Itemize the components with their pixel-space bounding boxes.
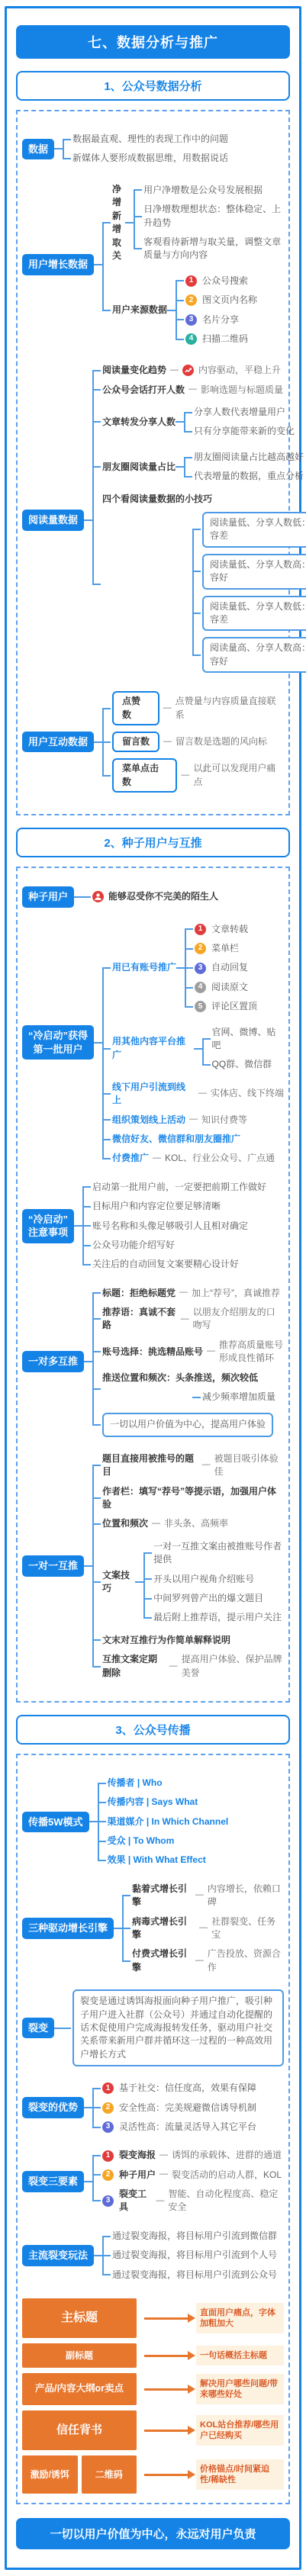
branch-head: 文末对互推行为作简单解释说明: [102, 1634, 230, 1647]
connector-line: [74, 1225, 82, 1227]
branch-desc: 实体店、线下终端: [211, 1087, 284, 1100]
branch-head: 客观看待新增与取关量，调整文章质量与方向内容: [143, 236, 284, 262]
connector-line: [125, 222, 134, 224]
branch-children: 能够忍受你不完美的陌生人: [82, 887, 218, 906]
dash-connector: —: [181, 1314, 189, 1326]
section-container: 种子用户能够忍受你不完美的陌生人“冷启动”获得 第一批用户用已有账号推广1文章转…: [16, 867, 290, 1703]
poster-left-cell: 二维码: [82, 2455, 137, 2494]
poster-left-group: 激励/诱饵二维码: [22, 2455, 137, 2494]
connector-line: [135, 1581, 143, 1583]
mindmap-tree: 用户互动数据点赞数—点赞量与内容质量直接联系留言数—留言数是选题的风向标菜单点击…: [22, 688, 284, 796]
branch-label: 基于社交：信任度高，效果有保障: [119, 2082, 256, 2095]
mindmap-branch: 账号选择：挑选精品账号—推荐高质量账号 形成良性循环: [102, 1339, 284, 1365]
mindmap-branch: 账号名称和头像足够吸引人且相对确定: [92, 1220, 266, 1233]
mindmap-branch: 黏着式增长引擎—内容增长，依赖口碑: [132, 1883, 284, 1909]
arrow-icon: [144, 2388, 188, 2391]
branch-label: 付费推广: [112, 1152, 149, 1165]
footer-banner: 一切以用户价值为中心，永远对用户负责: [16, 2518, 290, 2549]
mindmap-branch: 净增 新增 取关用户净增数是公众号发展根据日净增数理想状态：整体稳定、上升趋势客…: [112, 181, 284, 265]
topic-node: 种子用户: [22, 886, 74, 908]
poster-structure-table: 主标题直面用户痛点，字体加粗加大副标题一句话概括主标题产品/内容大纲or卖点解决…: [22, 2298, 284, 2494]
branch-child: 公众号功能介绍写好: [82, 1236, 266, 1255]
branch-children: 黏着式增长引擎—内容增长，依赖口碑病毒式增长引擎—社群裂变、任务宝付费式增长引擎…: [122, 1880, 284, 1977]
number-badge: 1: [102, 2150, 114, 2162]
poster-right-cell: KOL站台推荐/哪些用户已经购买: [196, 2415, 284, 2446]
topic-node: 传播5W模式: [22, 1812, 89, 1833]
branch-head: 受众 | To Whom: [108, 1835, 175, 1848]
branch-head: 四个看阅读量数据的小技巧: [102, 493, 212, 506]
dash-connector: —: [202, 1459, 211, 1471]
mindmap-branch: 2菜单栏: [195, 942, 257, 955]
dash-connector: —: [179, 1287, 188, 1299]
branch-child: 通过裂变海报，将目标用户引流到公众号: [102, 2266, 277, 2285]
mindmap-branch: 只有分享能带来新的变化: [194, 425, 295, 438]
poster-left-cell: 产品/内容大纲or卖点: [22, 2373, 137, 2405]
branch-desc: 留言数是选题的风向标: [176, 735, 267, 748]
mindmap-tree: “冷启动” 注意事项启动第一批用户前，一定要把前期工作做好目标用户和内容定位要足…: [22, 1178, 284, 1275]
branch-head: 用户净增数是公众号发展根据: [143, 184, 263, 197]
branch-head: 公众号会话打开人数—影响选题与标题质量: [102, 384, 283, 397]
mindmap-branch: 题目直接用被推号的题目—被题目吸引体验佳: [102, 1452, 284, 1479]
branch-head: 能够忍受你不完美的陌生人: [92, 890, 218, 903]
mindmap-branch: 能够忍受你不完美的陌生人: [92, 890, 218, 903]
branch-head: 朋友圈阅读量占比: [102, 461, 176, 474]
branch-label: 作者栏：填写“荐号”等提示语，加强用户体验: [102, 1485, 284, 1512]
branch-child: 1公众号搜索: [176, 272, 257, 291]
branch-child: 阅读量低、分享人数低：标题好，内容差: [192, 593, 306, 635]
branch-head: 1基于社交：信任度高，效果有保障: [102, 2082, 256, 2095]
branch-child: 代表增量的数据，重点分析: [184, 467, 304, 486]
branch-head: 文章转发分享人数: [102, 416, 176, 429]
branch-label: 灵活性高：流量灵活导入其它平台: [119, 2121, 256, 2134]
branch-child: 推荐语：真诚不套路—以朋友介绍朋友的口吻写: [92, 1303, 284, 1336]
poster-left-cell: 副标题: [22, 2343, 137, 2368]
dash-connector: —: [169, 1661, 178, 1673]
branch-label: 推送位置和频次：头条推送，频次较低: [102, 1372, 258, 1384]
dash-connector: —: [152, 1518, 160, 1530]
branch-child: 3灵活性高：流量灵活导入其它平台: [92, 2118, 256, 2137]
branch-child: 日净增数理想状态：整体稳定、上升趋势: [134, 200, 284, 233]
branch-head: 代表增量的数据，重点分析: [194, 470, 304, 483]
mindmap-branch: 3名片分享: [185, 314, 257, 326]
section-container: 数据数据最直观、理性的表现工作中的问题新媒体人要形成数据思维，用数据说话用户增长…: [16, 110, 290, 815]
branch-head: 1裂变海报—诱饵的承载体、进群的通道: [102, 2149, 282, 2162]
branch-child: 通过裂变海报，将目标用户引流到微信群: [102, 2227, 277, 2246]
branch-label: 账号名称和头像足够吸引人且相对确定: [92, 1220, 248, 1233]
branch-head: 阅读量低、分享人数低：标题好，内容差: [202, 596, 306, 632]
mindmap-branch: 阅读量低、分享人数高：标题差，内容好: [202, 554, 306, 590]
branch-label: 渠道媒介 | In Which Channel: [108, 1815, 229, 1828]
branch-child: 账号选择：挑选精品账号—推荐高质量账号 形成良性循环: [92, 1336, 284, 1368]
mindmap-branch: 阅读量低、分享人数低：标题好，内容差: [202, 596, 306, 632]
branch-label: 扫描二维码: [202, 333, 248, 346]
mindmap-branch: 关注后的自动回复文案要精心设计好: [92, 1258, 266, 1271]
poster-left-cell: 信任背书: [22, 2410, 137, 2450]
branch-label: 新媒体人要形成数据思维，用数据说话: [72, 152, 228, 165]
branch-label: 用已有账号推广: [112, 961, 176, 974]
branch-head: 2安全性高：完美规避微信诱导机制: [102, 2102, 256, 2115]
branch-child: 文案技巧一对一互推文案由被推账号作者提供开头以用户视角介绍账号中间罗列曾产出的爆…: [92, 1534, 284, 1631]
branch-label: 关注后的自动回复文案要精心设计好: [92, 1258, 239, 1271]
branch-child: 开头以用户视角介绍账号: [143, 1570, 284, 1589]
branch-head: 2种子用户—裂变活动的启动人群，KOL: [102, 2169, 282, 2182]
branch-head: 5评论区置顶: [195, 1000, 257, 1013]
mindmap-branch: 公众号功能介绍写好: [92, 1239, 266, 1252]
branch-child: 付费推广—KOL、行业公众号、广点通: [102, 1149, 284, 1168]
branch-head: 启动第一批用户前，一定要把前期工作做好: [92, 1181, 266, 1194]
branch-children: 裂变是通过诱饵海报面向种子用户推广，吸引种子用户进入社群（公众号）并通过自动化提…: [63, 1986, 284, 2069]
section-header: 3、公众号传播: [16, 1715, 290, 1745]
branch-child: 1基于社交：信任度高，效果有保障: [92, 2079, 256, 2098]
number-badge: 5: [195, 1001, 206, 1012]
topic-node: 阅读量数据: [22, 510, 84, 531]
mindmap-branch: 推送位置和频次：头条推送，频次较低减少频率增加质量: [102, 1372, 284, 1407]
mindmap-branch: 点赞数—点赞量与内容质量直接联系: [112, 691, 284, 725]
dash-connector: —: [159, 2169, 168, 2181]
branch-child: QQ群、微信群: [202, 1055, 284, 1074]
branch-label: 种子用户: [119, 2169, 156, 2182]
branch-label: 开头以用户视角介绍账号: [153, 1573, 254, 1586]
mindmap-tree: 裂变的优势1基于社交：信任度高，效果有保障2安全性高：完美规避微信诱导机制3灵活…: [22, 2079, 284, 2137]
number-badge: 1: [102, 2082, 114, 2094]
poster-left-group: 副标题: [22, 2343, 137, 2368]
dash-connector: —: [153, 1153, 161, 1165]
branch-child: 一切以用户价值为中心，提高用户体验: [92, 1410, 284, 1439]
poster-row: 激励/诱饵二维码价格锚点/时间紧迫性/稀缺性: [22, 2455, 284, 2494]
branch-label: 公众号搜索: [202, 275, 248, 288]
branch-child: 3自动回复: [185, 958, 257, 977]
branch-child: 2安全性高：完美规避微信诱导机制: [92, 2098, 256, 2118]
branch-head: 用户来源数据: [112, 304, 167, 317]
poster-left-cell: 激励/诱饵: [22, 2455, 78, 2494]
branch-head: 关注后的自动回复文案要精心设计好: [92, 1258, 239, 1271]
branch-label: 阅读量高、分享人数高：标题好，内容好: [202, 637, 306, 673]
topic-node: 裂变: [22, 2018, 54, 2039]
branch-desc: 裂变活动的启动人群，KOL: [172, 2169, 282, 2182]
mindmap-branch: 线下用户引流到线上—实体店、线下终端: [112, 1081, 284, 1108]
branch-head: 1公众号搜索: [185, 275, 248, 288]
branch-head: 一对一互推文案由被推账号作者提供: [153, 1540, 284, 1567]
mindmap-tree: “冷启动”获得 第一批用户用已有账号推广1文章转载2菜单栏3自动回复4阅读原文5…: [22, 917, 284, 1169]
mindmap-branch: 作者栏：填写“荐号”等提示语，加强用户体验: [102, 1485, 284, 1512]
topic-node: 一对一互推: [22, 1555, 84, 1577]
branch-child: 线下用户引流到线上—实体店、线下终端: [102, 1078, 284, 1111]
branch-label: 菜单点击数: [112, 758, 177, 793]
branch-label: 裂变海报: [119, 2149, 156, 2162]
mindmap-branch: 阅读量低、分享人数低：标题差，内容差: [202, 512, 306, 548]
mindmap-branch: 通过裂变海报，将目标用户引流到公众号: [112, 2269, 277, 2282]
branch-children: 用户净增数是公众号发展根据日净增数理想状态：整体稳定、上升趋势客观看待新增与取关…: [134, 181, 284, 265]
branch-label: 启动第一批用户前，一定要把前期工作做好: [92, 1181, 266, 1194]
poster-right-cell: 解决用户哪些问题/带来哪些好处: [196, 2374, 284, 2405]
branch-child: 用户来源数据1公众号搜索2图文页内名称3名片分享4扫描二维码: [102, 269, 284, 352]
branch-children: 官网、微博、贴吧QQ群、微信群: [202, 1023, 284, 1075]
poster-left-group: 产品/内容大纲or卖点: [22, 2373, 137, 2405]
poster-right-cell: 一句话概括主标题: [196, 2346, 284, 2365]
branch-child: 2种子用户—裂变活动的启动人群，KOL: [92, 2166, 284, 2185]
branch-label: 阅读量低、分享人数低：标题差，内容差: [202, 512, 306, 548]
branch-head: 渠道媒介 | In Which Channel: [108, 1815, 229, 1828]
branch-child: 2菜单栏: [185, 939, 257, 958]
connector-line: [54, 2028, 63, 2029]
mindmap-branch: 新媒体人要形成数据思维，用数据说话: [72, 152, 228, 165]
branch-child: 数据最直观、理性的表现工作中的问题: [63, 130, 228, 149]
topic-node: 用户互动数据: [22, 732, 94, 753]
branch-child: 文章转发分享人数分享人数代表增量用户只有分享能带来新的变化: [92, 400, 306, 445]
branch-label: 传播内容 | Says What: [108, 1796, 198, 1809]
branch-label: 受众 | To Whom: [108, 1835, 175, 1848]
topic-node: 主流裂变玩法: [22, 2245, 94, 2266]
branch-children: 点赞数—点赞量与内容质量直接联系留言数—留言数是选题的风向标菜单点击数—以此可以…: [102, 688, 284, 796]
branch-desc: KOL、行业公众号、广点通: [165, 1152, 275, 1165]
branch-child: 微信好友、微信群和朋友圈推广: [102, 1130, 284, 1149]
branch-child: 组织策划线上活动—知识付费等: [102, 1111, 284, 1130]
branch-label: 病毒式增长引擎: [132, 1915, 195, 1942]
branch-label: 阅读量低、分享人数高：标题差，内容好: [202, 554, 306, 590]
branch-label: 传播者 | Who: [108, 1777, 163, 1790]
connector-line: [94, 264, 102, 265]
branch-label: 互推文案定期删除: [102, 1653, 166, 1680]
mindmap-branch: 代表增量的数据，重点分析: [194, 470, 304, 483]
section-header: 2、种子用户与互推: [16, 828, 290, 857]
branch-children: 题目直接用被推号的题目—被题目吸引体验佳作者栏：填写“荐号”等提示语，加强用户体…: [92, 1449, 284, 1683]
connector-line: [74, 896, 82, 898]
branch-head: 3名片分享: [185, 314, 239, 326]
sections-container: 1、公众号数据分析数据数据最直观、理性的表现工作中的问题新媒体人要形成数据思维，…: [14, 71, 292, 2504]
branch-label: 通过裂变海报，将目标用户引流到个人号: [112, 2249, 277, 2262]
branch-head: 数据最直观、理性的表现工作中的问题: [72, 133, 228, 146]
number-badge: 1: [185, 275, 197, 287]
branch-head: 点赞数—点赞量与内容质量直接联系: [112, 691, 284, 725]
mindmap-branch: 启动第一批用户前，一定要把前期工作做好: [92, 1181, 266, 1194]
mindmap-branch: 1基于社交：信任度高，效果有保障: [102, 2082, 256, 2095]
mindmap-branch: 病毒式增长引擎—社群裂变、任务宝: [132, 1915, 284, 1942]
branch-child: 阅读量变化趋势—内容驱动，平稳上升: [92, 361, 306, 380]
branch-head: 推荐语：真诚不套路—以朋友介绍朋友的口吻写: [102, 1306, 284, 1333]
branch-children: 1文章转载2菜单栏3自动回复4阅读原文5评论区置顶: [185, 920, 257, 1017]
branch-label: 公众号功能介绍写好: [92, 1239, 175, 1252]
number-badge: 2: [102, 2169, 114, 2181]
connector-line: [94, 1042, 102, 1044]
branch-child: 公众号会话打开人数—影响选题与标题质量: [92, 381, 306, 400]
branch-child: 最后附上推荐语，提示用户关注: [143, 1608, 284, 1627]
mindmap-tree: 裂变裂变是通过诱饵海报面向种子用户推广，吸引种子用户进入社群（公众号）并通过自动…: [22, 1986, 284, 2069]
branch-head: 2菜单栏: [195, 942, 239, 955]
mindmap-branch: 标题：拒绝标题党—加上“荐号”，真诚推荐: [102, 1287, 284, 1300]
branch-child: 阅读量高、分享人数高：标题好，内容好: [192, 634, 306, 676]
branch-head: 阅读量低、分享人数低：标题差，内容差: [202, 512, 306, 548]
mindmap-branch: 分享人数代表增量用户: [194, 406, 295, 419]
number-badge: 2: [102, 2102, 114, 2114]
branch-children: 1公众号搜索2图文页内名称3名片分享4扫描二维码: [176, 272, 257, 349]
branch-head: 通过裂变海报，将目标用户引流到微信群: [112, 2230, 277, 2243]
branch-label: 文章转发分享人数: [102, 416, 176, 429]
mindmap-tree: 一对多互推标题：拒绝标题党—加上“荐号”，真诚推荐推荐语：真诚不套路—以朋友介绍…: [22, 1284, 284, 1440]
branch-child: 点赞数—点赞量与内容质量直接联系: [102, 688, 284, 728]
branch-children: 标题：拒绝标题党—加上“荐号”，真诚推荐推荐语：真诚不套路—以朋友介绍朋友的口吻…: [92, 1284, 284, 1440]
branch-label: 文案技巧: [102, 1569, 135, 1596]
branch-child: 病毒式增长引擎—社群裂变、任务宝: [122, 1912, 284, 1945]
mindmap-branch: 3灵活性高：流量灵活导入其它平台: [102, 2121, 256, 2134]
branch-child: 官网、微博、贴吧: [202, 1023, 284, 1056]
branch-child: 文末对互推行为作简单解释说明: [92, 1631, 284, 1650]
branch-head: 阅读量高、分享人数高：标题好，内容好: [202, 637, 306, 673]
branch-head: 3自动回复: [195, 961, 248, 974]
branch-children: 传播者 | Who传播内容 | Says What渠道媒介 | In Which…: [98, 1774, 229, 1870]
branch-label: 文末对互推行为作简单解释说明: [102, 1634, 230, 1647]
branch-head: 传播者 | Who: [108, 1777, 163, 1790]
branch-head: QQ群、微信群: [212, 1058, 272, 1071]
dash-connector: —: [170, 365, 179, 377]
branch-head: 付费式增长引擎—广告投放、资源合作: [132, 1947, 284, 1974]
mindmap-page: 七、数据分析与推广 1、公众号数据分析数据数据最直观、理性的表现工作中的问题新媒…: [0, 0, 306, 2576]
branch-desc: 提高用户体验、保护品牌美誉: [182, 1653, 284, 1680]
topic-node: 裂变三要素: [22, 2171, 84, 2192]
branch-head: 阅读量低、分享人数高：标题差，内容好: [202, 554, 306, 590]
branch-desc: 内容驱动，平稳上升: [198, 364, 281, 377]
mindmap-tree: 传播5W模式传播者 | Who传播内容 | Says What渠道媒介 | In…: [22, 1774, 284, 1870]
branch-head: 阅读量变化趋势—内容驱动，平稳上升: [102, 364, 281, 377]
mindmap-branch: 4扫描二维码: [185, 333, 257, 346]
branch-head: 用其他内容平台推广: [112, 1035, 194, 1062]
branch-label: 代表增量的数据，重点分析: [194, 470, 304, 483]
branch-head: 净增 新增 取关: [112, 183, 125, 262]
branch-child: 标题：拒绝标题党—加上“荐号”，真诚推荐: [92, 1284, 284, 1303]
number-badge: 4: [195, 982, 206, 993]
branch-child: 能够忍受你不完美的陌生人: [82, 887, 218, 906]
branch-head: 最后附上推荐语，提示用户关注: [153, 1611, 282, 1624]
branch-desc: 以朋友介绍朋友的口吻写: [193, 1306, 284, 1333]
branch-desc: 社群裂变、任务宝: [211, 1915, 284, 1942]
branch-child: 题目直接用被推号的题目—被题目吸引体验佳: [92, 1449, 284, 1482]
branch-label: 目标用户和内容定位要足够清晰: [92, 1200, 221, 1213]
branch-child: 目标用户和内容定位要足够清晰: [82, 1197, 266, 1216]
branch-head: 作者栏：填写“荐号”等提示语，加强用户体验: [102, 1485, 284, 1512]
mindmap-branch: 裂变是通过诱饵海报面向种子用户推广，吸引种子用户进入社群（公众号）并通过自动化提…: [72, 1989, 284, 2066]
mindmap-branch: 2图文页内名称: [185, 294, 257, 307]
dash-connector: —: [195, 1955, 204, 1967]
branch-child: 裂变是通过诱饵海报面向种子用户推广，吸引种子用户进入社群（公众号）并通过自动化提…: [63, 1986, 284, 2069]
branch-child: 3名片分享: [176, 310, 257, 330]
branch-label: 名片分享: [202, 314, 239, 326]
dash-connector: —: [189, 1114, 198, 1126]
mindmap-branch: 2种子用户—裂变活动的启动人群，KOL: [102, 2169, 284, 2182]
mindmap-branch: 通过裂变海报，将目标用户引流到微信群: [112, 2230, 277, 2243]
mindmap-branch: 朋友圈阅读量占比朋友圈阅读量占比越高越好代表增量的数据，重点分析: [102, 448, 306, 487]
branch-label: 裂变是通过诱饵海报面向种子用户推广，吸引种子用户进入社群（公众号）并通过自动化提…: [72, 1989, 284, 2066]
branch-label: 付费式增长引擎: [132, 1947, 192, 1974]
topic-node: “冷启动”获得 第一批用户: [22, 1025, 94, 1060]
branch-child: 4扫描二维码: [176, 330, 257, 349]
branch-child: 3裂变工具—智能、自动化程度高、稳定安全: [92, 2185, 284, 2217]
branch-head: 目标用户和内容定位要足够清晰: [92, 1200, 221, 1213]
branch-label: QQ群、微信群: [212, 1058, 272, 1071]
mindmap-branch: 四个看阅读量数据的小技巧阅读量低、分享人数低：标题差，内容差阅读量低、分享人数高…: [102, 493, 306, 677]
connector-line: [54, 148, 63, 150]
branch-desc: 广告投放、资源合作: [208, 1947, 284, 1974]
branch-label: 效果 | With What Effect: [108, 1854, 206, 1867]
branch-label: 组织策划线上活动: [112, 1114, 185, 1127]
branch-head: 传播内容 | Says What: [108, 1796, 198, 1809]
branch-desc: 诱饵的承载体、进群的通道: [172, 2149, 282, 2162]
branch-label: 通过裂变海报，将目标用户引流到微信群: [112, 2230, 277, 2243]
mindmap-tree: 一对一互推题目直接用被推号的题目—被题目吸引体验佳作者栏：填写“荐号”等提示语，…: [22, 1449, 284, 1683]
branch-label: 一切以用户价值为中心，提高用户体验: [102, 1413, 273, 1436]
arrow-icon: [144, 2317, 188, 2320]
mindmap-branch: 官网、微博、贴吧: [212, 1026, 284, 1053]
connector-line: [84, 1361, 92, 1362]
mindmap-branch: 传播者 | Who: [108, 1777, 229, 1790]
branch-desc: 知识付费等: [201, 1114, 247, 1127]
dash-connector: —: [188, 384, 197, 396]
connector-line: [84, 1565, 92, 1567]
branch-head: 标题：拒绝标题党—加上“荐号”，真诚推荐: [102, 1287, 280, 1300]
section-header: 1、公众号数据分析: [16, 71, 290, 101]
branch-child: 推送位置和频次：头条推送，频次较低减少频率增加质量: [92, 1368, 284, 1410]
mindmap-branch: 开头以用户视角介绍账号: [153, 1573, 284, 1586]
topic-node: 用户增长数据: [22, 254, 94, 275]
branch-head: 位置和频次—非头条、高频率: [102, 1517, 228, 1530]
dash-connector: —: [163, 736, 172, 748]
branch-head: 黏着式增长引擎—内容增长，依赖口碑: [132, 1883, 284, 1909]
connector-line: [176, 466, 184, 468]
mindmap-branch: 付费式增长引擎—广告投放、资源合作: [132, 1947, 284, 1974]
connector-line: [84, 2107, 92, 2108]
branch-label: 客观看待新增与取关量，调整文章质量与方向内容: [143, 236, 284, 262]
poster-left-group: 信任背书: [22, 2410, 137, 2450]
mindmap-branch: QQ群、微信群: [212, 1058, 284, 1071]
branch-label: 用其他内容平台推广: [112, 1035, 194, 1062]
branch-child: 减少频率增加质量: [192, 1388, 275, 1407]
topic-node: “冷启动” 注意事项: [22, 1209, 74, 1243]
branch-label: 点赞数: [112, 691, 159, 725]
branch-label: 黏着式增长引擎: [132, 1883, 192, 1909]
branch-children: 1基于社交：信任度高，效果有保障2安全性高：完美规避微信诱导机制3灵活性高：流量…: [92, 2079, 256, 2137]
branch-child: 分享人数代表增量用户: [184, 403, 295, 422]
mindmap-branch: 微信好友、微信群和朋友圈推广: [112, 1133, 284, 1146]
branch-head: 分享人数代表增量用户: [194, 406, 285, 419]
branch-head: 微信好友、微信群和朋友圈推广: [112, 1133, 240, 1146]
branch-children: 通过裂变海报，将目标用户引流到微信群通过裂变海报，将目标用户引流到个人号通过裂变…: [102, 2227, 277, 2285]
branch-child: 朋友圈阅读量占比越高越好: [184, 448, 304, 467]
branch-label: 阅读量变化趋势: [102, 364, 166, 377]
branch-child: 阅读量低、分享人数高：标题差，内容好: [192, 551, 306, 593]
branch-label: 朋友圈阅读量占比越高越好: [194, 451, 304, 464]
branch-child: 通过裂变海报，将目标用户引流到个人号: [102, 2246, 277, 2265]
poster-left-group: 主标题: [22, 2298, 137, 2338]
connector-line: [194, 1048, 202, 1050]
connector-line: [94, 741, 102, 743]
branch-head: 裂变是通过诱饵海报面向种子用户推广，吸引种子用户进入社群（公众号）并通过自动化提…: [72, 1989, 284, 2066]
mindmap-branch: 用户净增数是公众号发展根据: [143, 184, 284, 197]
branch-label: 微信好友、微信群和朋友圈推广: [112, 1133, 240, 1146]
branch-label: 用户净增数是公众号发展根据: [143, 184, 263, 197]
page-frame: 七、数据分析与推广 1、公众号数据分析数据数据最直观、理性的表现工作中的问题新媒…: [5, 6, 301, 2570]
branch-child: 付费式增长引擎—广告投放、资源合作: [122, 1944, 284, 1977]
mindmap-branch: 文末对互推行为作简单解释说明: [102, 1634, 284, 1647]
branch-label: 位置和频次: [102, 1517, 148, 1530]
branch-head: 减少频率增加质量: [202, 1391, 275, 1404]
branch-label: 阅读原文: [211, 981, 248, 994]
connector-line: [176, 421, 184, 423]
branch-head: 新媒体人要形成数据思维，用数据说话: [72, 152, 228, 165]
branch-desc: 影响选题与标题质量: [201, 384, 283, 397]
mindmap-branch: 用户来源数据1公众号搜索2图文页内名称3名片分享4扫描二维码: [112, 272, 284, 349]
branch-children: 阅读量低、分享人数低：标题差，内容差阅读量低、分享人数高：标题差，内容好阅读量低…: [192, 509, 306, 676]
branch-label: 朋友圈阅读量占比: [102, 461, 176, 474]
mindmap-branch: 文案技巧一对一互推文案由被推账号作者提供开头以用户视角介绍账号中间罗列曾产出的爆…: [102, 1537, 284, 1628]
mindmap-branch: 组织策划线上活动—知识付费等: [112, 1114, 284, 1127]
